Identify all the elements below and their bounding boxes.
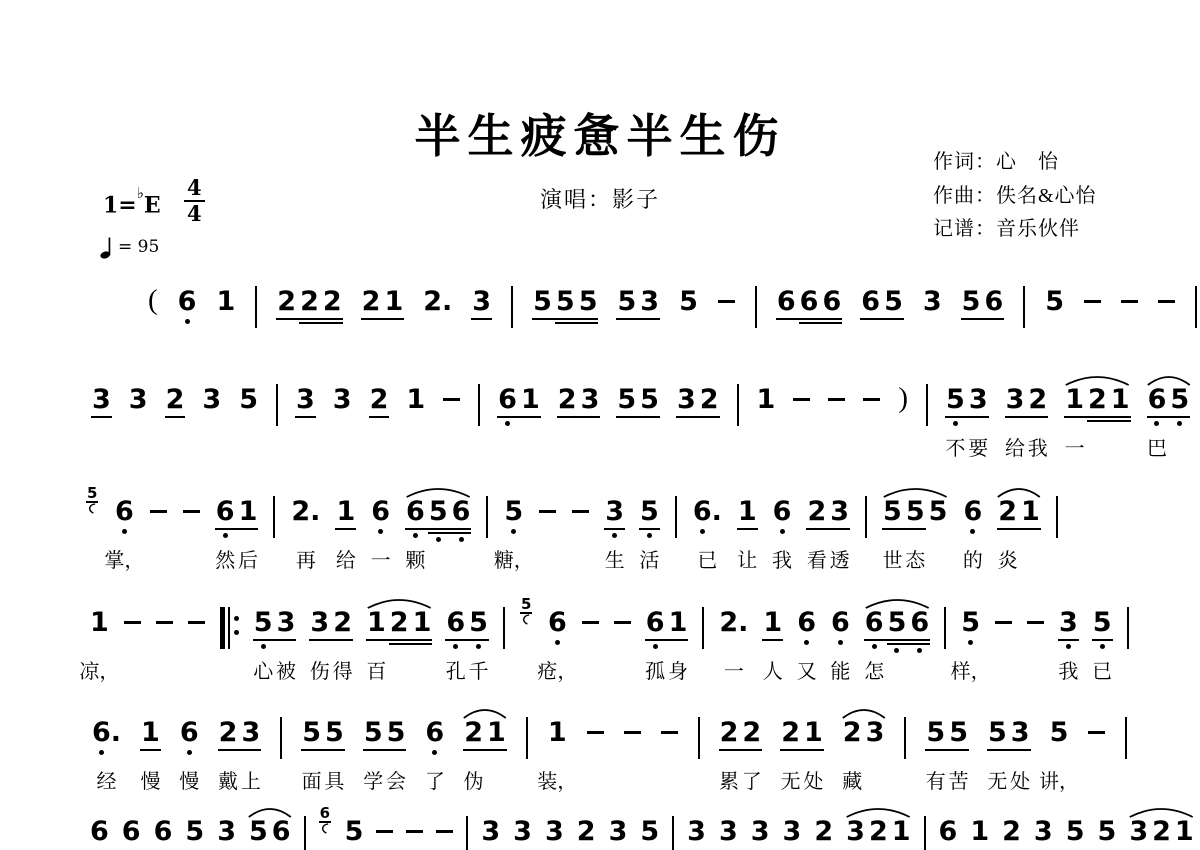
note-with-lyric: 5有 xyxy=(926,719,945,747)
dash-extension xyxy=(1084,300,1101,303)
lyric-syllable: 慢 xyxy=(140,765,160,794)
time-signature-change: 5 xyxy=(86,486,103,514)
meter-denominator: 4 xyxy=(187,202,202,226)
composer-credit: 作曲：佚名&心怡 xyxy=(933,180,1097,214)
barline xyxy=(276,384,278,426)
note: 5 xyxy=(579,288,598,316)
lyric-syllable: 怎 xyxy=(864,655,884,684)
barline xyxy=(1195,286,1197,328)
note-with-lyric: 1一 xyxy=(1065,386,1084,414)
note-with-lyric: 3处 xyxy=(1011,719,1030,747)
barline xyxy=(865,496,867,538)
barline xyxy=(526,717,528,759)
barline xyxy=(255,286,257,328)
low-octave-dot xyxy=(1154,421,1159,426)
note: 2 xyxy=(323,288,342,316)
note: 5 xyxy=(1045,288,1064,316)
lyric-syllable: 糖， xyxy=(494,544,534,573)
lyric-syllable: 给 xyxy=(336,544,356,573)
barline xyxy=(1127,607,1129,649)
note-with-lyric: 5活 xyxy=(640,498,659,526)
note-with-lyric: 5具 xyxy=(325,719,344,747)
low-octave-dot xyxy=(436,537,441,542)
music-line-6: 66653566533323533332321612355321 xyxy=(90,818,1200,850)
lyric-syllable: 凉， xyxy=(79,655,119,684)
barline xyxy=(511,286,513,328)
note-with-lyric: 5千 xyxy=(469,609,488,637)
note-group: 5有5苦 xyxy=(926,719,968,747)
note: 3 xyxy=(687,818,706,846)
note: 5 xyxy=(429,498,448,526)
note: 2 xyxy=(1088,386,1107,414)
lyric-syllable: 颗 xyxy=(405,544,425,573)
lyric-syllable: 看 xyxy=(807,544,827,573)
lyric-syllable: 然 xyxy=(215,544,235,573)
barline xyxy=(904,717,906,759)
note: 6 xyxy=(822,288,841,316)
note: 5 xyxy=(239,386,258,414)
slur-arc xyxy=(996,485,1042,498)
note-with-lyric: 5样， xyxy=(961,609,980,637)
note-group: 21 xyxy=(362,288,404,316)
note-with-lyric: 6怎 xyxy=(865,609,884,637)
note: 2 xyxy=(700,386,719,414)
dash-extension xyxy=(188,621,205,624)
note: 6 xyxy=(178,288,197,316)
lyric-syllable: 有 xyxy=(926,765,946,794)
lyric-syllable: 人 xyxy=(763,655,783,684)
lyric-syllable: 藏 xyxy=(842,765,862,794)
note: 3 xyxy=(1129,818,1148,846)
note-with-lyric: 5态 xyxy=(906,498,925,526)
note-group: 555 xyxy=(533,288,597,316)
note-with-lyric: 1凉， xyxy=(90,609,109,637)
note-with-lyric: 3要 xyxy=(969,386,988,414)
note: 5 xyxy=(1066,818,1085,846)
note: 2. xyxy=(423,288,452,316)
note-group: 1一21 xyxy=(1065,386,1129,414)
note: 2 xyxy=(1002,818,1021,846)
slur-arc xyxy=(1063,373,1131,386)
note: 5 xyxy=(884,288,903,316)
transcriber-credit: 记谱：音乐伙伴 xyxy=(933,213,1097,247)
lyric-syllable: 不 xyxy=(945,432,965,461)
lyric-syllable: 千 xyxy=(469,655,489,684)
dash-extension xyxy=(863,398,880,401)
meter-signature: 4 4 xyxy=(184,176,205,226)
barline xyxy=(672,816,674,850)
lyric-syllable: 一 xyxy=(724,655,744,684)
barline xyxy=(926,384,928,426)
lyric-syllable: 具 xyxy=(324,765,344,794)
note-with-lyric: 1给 xyxy=(336,498,355,526)
barline xyxy=(737,384,739,426)
note: 2 xyxy=(558,386,577,414)
note-with-lyric: 5面 xyxy=(302,719,321,747)
note: 6 xyxy=(984,288,1003,316)
lyric-syllable: 处 xyxy=(1010,765,1030,794)
lyric-syllable: 要 xyxy=(968,432,988,461)
dash-extension xyxy=(124,621,141,624)
note: 1 xyxy=(1111,386,1130,414)
barline xyxy=(1023,286,1025,328)
note: 6 xyxy=(498,386,517,414)
note: 1 xyxy=(406,386,425,414)
lyric-syllable: 得 xyxy=(333,655,353,684)
note: 3 xyxy=(92,386,111,414)
lyric-syllable: 慢 xyxy=(179,765,199,794)
lyric-syllable: 我 xyxy=(772,544,792,573)
note-group: 2戴3上 xyxy=(219,719,261,747)
note: 3 xyxy=(472,288,491,316)
note: 3 xyxy=(846,818,865,846)
lyric-syllable: 了 xyxy=(425,765,445,794)
note: 3 xyxy=(1034,818,1053,846)
note-group: 55 xyxy=(617,386,659,414)
note: 3 xyxy=(640,288,659,316)
barline xyxy=(1125,717,1127,759)
note-with-lyric: 1身 xyxy=(669,609,688,637)
lyric-syllable: 孤 xyxy=(645,655,665,684)
lyric-syllable: 无 xyxy=(781,765,801,794)
lyric-syllable: 巴 xyxy=(1147,432,1167,461)
note: 2 xyxy=(814,818,833,846)
note-with-lyric: 2炎 xyxy=(998,498,1017,526)
note-with-lyric: 6巴 xyxy=(1148,386,1167,414)
note-group: 2看3透 xyxy=(807,498,849,526)
note-with-lyric: 5会 xyxy=(387,719,406,747)
lyric-syllable: 已 xyxy=(697,544,717,573)
parenthesis: ( xyxy=(148,285,158,315)
barline xyxy=(944,607,946,649)
note-group: 5学5会 xyxy=(364,719,406,747)
note-with-lyric: 3生 xyxy=(605,498,624,526)
note-with-lyric: 6又 xyxy=(797,609,816,637)
lyric-syllable: 一 xyxy=(1065,432,1085,461)
note: 5 xyxy=(888,609,907,637)
dash-extension xyxy=(793,398,810,401)
note-group: 5无3处 xyxy=(988,719,1030,747)
lyric-syllable: 样， xyxy=(951,655,991,684)
low-octave-dot xyxy=(838,640,843,645)
low-octave-dot xyxy=(894,648,899,653)
barline xyxy=(755,286,757,328)
note: 1 xyxy=(970,818,989,846)
barline xyxy=(503,607,505,649)
note-group: 6孔5千 xyxy=(446,609,488,637)
lyric-syllable: 累 xyxy=(719,765,739,794)
lyric-syllable: 戴 xyxy=(218,765,238,794)
low-octave-dot xyxy=(378,529,383,534)
note-with-lyric: 2.一 xyxy=(719,609,748,637)
note: 6 xyxy=(272,818,291,846)
low-octave-dot xyxy=(122,529,127,534)
note-group: 5世5态 xyxy=(883,498,925,526)
note: 3 xyxy=(129,386,148,414)
dash-extension xyxy=(150,510,167,513)
low-octave-dot xyxy=(511,529,516,534)
time-signature-change: 5 xyxy=(520,597,537,625)
dash-extension xyxy=(376,830,393,833)
note-group: 22 xyxy=(300,288,342,316)
slur-arc xyxy=(462,706,508,719)
note-group: 321 xyxy=(846,818,910,846)
slur-arc xyxy=(863,596,931,609)
lyric-syllable: 伤 xyxy=(310,655,330,684)
note-with-lyric: 1后 xyxy=(239,498,258,526)
note-group: 5面5具 xyxy=(302,719,344,747)
note-with-lyric: 1慢 xyxy=(141,719,160,747)
barline xyxy=(466,816,468,850)
note: 1 xyxy=(384,288,403,316)
note-group: 6怎56 xyxy=(865,609,929,637)
quarter-note-icon xyxy=(100,234,112,260)
note-group: 2炎1 xyxy=(998,498,1040,526)
barline xyxy=(675,496,677,538)
music-line-2: 332353321612355321)5不3要3给2我1一216巴5 xyxy=(92,386,1200,426)
note: 3 xyxy=(481,818,500,846)
note: 5 xyxy=(617,386,636,414)
lyric-syllable: 再 xyxy=(296,544,316,573)
music-line-1: (61222212.3555535666653565 xyxy=(148,288,1197,328)
lyric-syllable: 让 xyxy=(737,544,757,573)
lyric-syllable: 讲， xyxy=(1039,765,1079,794)
note: 2 xyxy=(1152,818,1171,846)
note-with-lyric: 5苦 xyxy=(949,719,968,747)
note: 5 xyxy=(556,288,575,316)
note-with-lyric: 3上 xyxy=(241,719,260,747)
note-with-lyric: 5无 xyxy=(988,719,1007,747)
meter-numerator: 4 xyxy=(184,176,205,202)
note-group: 222 xyxy=(277,288,341,316)
lyric-syllable: 我 xyxy=(1028,432,1048,461)
lyric-syllable: 炎 xyxy=(998,544,1018,573)
note: 2 xyxy=(577,818,596,846)
lyric-syllable: 上 xyxy=(241,765,261,794)
lyric-syllable: 能 xyxy=(830,655,850,684)
note: 5 xyxy=(533,288,552,316)
note: 2 xyxy=(300,288,319,316)
note-group: 3伤2得 xyxy=(310,609,352,637)
slur-arc xyxy=(247,805,293,818)
dash-extension xyxy=(156,621,173,624)
lyric-syllable: 孔 xyxy=(446,655,466,684)
note: 6 xyxy=(777,288,796,316)
lyric-syllable: 心 xyxy=(253,655,273,684)
slur-arc xyxy=(881,485,949,498)
slur-arc xyxy=(1127,805,1195,818)
lyric-syllable: 经 xyxy=(97,765,117,794)
note-with-lyric: 1人 xyxy=(763,609,782,637)
music-line-4: 1凉，5心3被3伤2得1百216孔5千56疮，6孤1身2.一1人6又6能6怎56… xyxy=(90,609,1129,649)
note: 5 xyxy=(1098,818,1117,846)
note: 6 xyxy=(861,288,880,316)
note-with-lyric: 6.已 xyxy=(693,498,722,526)
note-with-lyric: 6颗 xyxy=(406,498,425,526)
note-with-lyric: 5讲， xyxy=(1050,719,1069,747)
barline xyxy=(280,717,282,759)
dash-extension xyxy=(828,398,845,401)
dash-extension xyxy=(995,621,1012,624)
tempo-value: = 95 xyxy=(118,237,159,257)
dash-extension xyxy=(1158,300,1175,303)
lyric-syllable: 处 xyxy=(803,765,823,794)
low-octave-dot xyxy=(99,750,104,755)
lyric-syllable: 面 xyxy=(302,765,322,794)
low-octave-dot xyxy=(647,533,652,538)
note-with-lyric: 1处 xyxy=(804,719,823,747)
note-with-lyric: 3被 xyxy=(277,609,296,637)
note-with-lyric: 2看 xyxy=(807,498,826,526)
note: 5 xyxy=(929,498,948,526)
note: 3 xyxy=(751,818,770,846)
note: 3 xyxy=(333,386,352,414)
note-group: 61 xyxy=(498,386,540,414)
note: 6 xyxy=(910,609,929,637)
low-octave-dot xyxy=(968,640,973,645)
note: 3 xyxy=(545,818,564,846)
lyric-syllable: 我 xyxy=(1058,655,1078,684)
note: 1 xyxy=(1021,498,1040,526)
note-group: 2累2了 xyxy=(720,719,762,747)
low-octave-dot xyxy=(780,529,785,534)
note-with-lyric: 6能 xyxy=(831,609,850,637)
music-line-3: 56掌，6然1后2.再1给6一6颗565糖，3生5活6.已1让6我2看3透5世5… xyxy=(86,498,1058,538)
note-with-lyric: 1让 xyxy=(738,498,757,526)
note-group: 56 xyxy=(962,288,1004,316)
note: 6 xyxy=(154,818,173,846)
note: 3 xyxy=(296,386,315,414)
low-octave-dot xyxy=(453,644,458,649)
note: 6 xyxy=(122,818,141,846)
low-octave-dot xyxy=(1100,644,1105,649)
low-octave-dot xyxy=(413,533,418,538)
note: 5 xyxy=(640,386,659,414)
note: 1 xyxy=(413,609,432,637)
barline xyxy=(478,384,480,426)
note: 5 xyxy=(345,818,364,846)
note: 1 xyxy=(487,719,506,747)
dash-extension xyxy=(539,510,556,513)
note-group: 56 xyxy=(888,609,930,637)
music-line-5: 6.经1慢6慢2戴3上5面5具5学5会6了2伪11装，2累2了2无1处2藏35有… xyxy=(92,719,1127,759)
note-with-lyric: 6一 xyxy=(371,498,390,526)
note-with-lyric: 6.经 xyxy=(92,719,121,747)
low-octave-dot xyxy=(432,750,437,755)
dash-extension xyxy=(406,830,423,833)
lyric-syllable: 后 xyxy=(238,544,258,573)
note-with-lyric: 6孤 xyxy=(646,609,665,637)
low-octave-dot xyxy=(459,537,464,542)
note: 2 xyxy=(390,609,409,637)
note-with-lyric: 6我 xyxy=(773,498,792,526)
note: 6 xyxy=(939,818,958,846)
note-with-lyric: 2无 xyxy=(781,719,800,747)
lyric-syllable: 世 xyxy=(882,544,902,573)
note-with-lyric: 6孔 xyxy=(446,609,465,637)
note-with-lyric: 5已 xyxy=(1093,609,1112,637)
lyric-syllable: 生 xyxy=(605,544,625,573)
note-with-lyric: 5世 xyxy=(883,498,902,526)
note: 5 xyxy=(1170,386,1189,414)
note-with-lyric: 5学 xyxy=(364,719,383,747)
dash-extension xyxy=(436,830,453,833)
note-with-lyric: 5心 xyxy=(254,609,273,637)
note-group: 65 xyxy=(861,288,903,316)
note-group: 21 xyxy=(390,609,432,637)
note: 3 xyxy=(866,719,885,747)
note-with-lyric: 6的 xyxy=(963,498,982,526)
note: 2 xyxy=(370,386,389,414)
note-group: 2藏3 xyxy=(843,719,885,747)
dash-extension xyxy=(183,510,200,513)
low-octave-dot xyxy=(505,421,510,426)
slur-arc xyxy=(365,596,433,609)
note-with-lyric: 2伪 xyxy=(464,719,483,747)
note-group: 53 xyxy=(617,288,659,316)
note: 3 xyxy=(513,818,532,846)
lyric-syllable: 苦 xyxy=(949,765,969,794)
note-with-lyric: 6慢 xyxy=(180,719,199,747)
note-with-lyric: 5糖， xyxy=(504,498,523,526)
note-group: 56 xyxy=(429,498,471,526)
dash-extension xyxy=(661,731,678,734)
note: 2 xyxy=(277,288,296,316)
low-octave-dot xyxy=(612,533,617,538)
note: 2 xyxy=(362,288,381,316)
flat-icon: ♭ xyxy=(137,184,144,202)
note-with-lyric: 3我 xyxy=(1059,609,1078,637)
lyric-syllable: 身 xyxy=(668,655,688,684)
note-with-lyric: 2藏 xyxy=(843,719,862,747)
note: 3 xyxy=(719,818,738,846)
lyric-syllable: 一 xyxy=(371,544,391,573)
low-octave-dot xyxy=(555,640,560,645)
note-with-lyric: 3透 xyxy=(830,498,849,526)
low-octave-dot xyxy=(261,644,266,649)
low-octave-dot xyxy=(653,644,658,649)
note-with-lyric: 6掌， xyxy=(115,498,134,526)
dash-extension xyxy=(718,300,735,303)
sheet-area: 半生疲惫半生伤 演唱：影子 作词：心 怡 作曲：佚名&心怡 记谱：音乐伙伴 1=… xyxy=(0,0,1200,850)
note: 5 xyxy=(962,288,981,316)
barline xyxy=(304,816,306,850)
barline xyxy=(486,496,488,538)
note-group: 32 xyxy=(677,386,719,414)
lyricist-credit: 作词：心 怡 xyxy=(933,146,1097,180)
note-group: 6然1后 xyxy=(216,498,258,526)
note-with-lyric: 6疮， xyxy=(548,609,567,637)
lyric-syllable: 百 xyxy=(366,655,386,684)
note-group: 6巴5 xyxy=(1148,386,1190,414)
note-with-lyric: 6然 xyxy=(216,498,235,526)
note: 3 xyxy=(217,818,236,846)
note: 2 xyxy=(166,386,185,414)
lyric-syllable: 了 xyxy=(742,765,762,794)
note-group: 2伪1 xyxy=(464,719,506,747)
note-group: 5心3被 xyxy=(254,609,296,637)
note: 6 xyxy=(452,498,471,526)
slur-arc xyxy=(844,805,912,818)
note-with-lyric: 3给 xyxy=(1006,386,1025,414)
note-group: 5不3要 xyxy=(946,386,988,414)
lyric-syllable: 学 xyxy=(363,765,383,794)
note: 1 xyxy=(892,818,911,846)
note: 3 xyxy=(923,288,942,316)
note-with-lyric: 2累 xyxy=(720,719,739,747)
note: 6 xyxy=(800,288,819,316)
low-octave-dot xyxy=(970,529,975,534)
